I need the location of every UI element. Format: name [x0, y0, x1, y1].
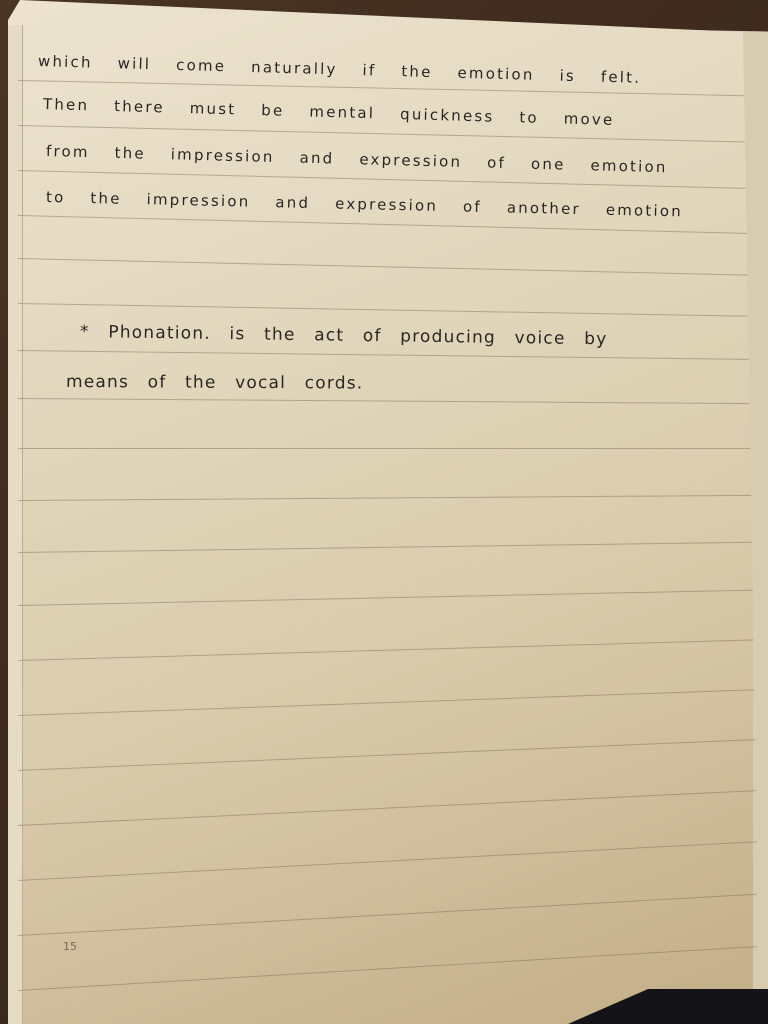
ruled-line [18, 258, 758, 276]
text-line: Then there must be mental quickness to m… [43, 95, 615, 129]
page-number: 15 [63, 940, 77, 953]
note-line: means of the vocal cords. [66, 372, 364, 394]
note-line: Phonation. is the act of producing voice… [108, 322, 607, 349]
ruled-line [18, 639, 758, 661]
ruled-line [18, 542, 758, 553]
ruled-line [18, 841, 757, 881]
ruled-line [18, 689, 758, 716]
ruled-line [18, 946, 757, 991]
notebook-page: which will come naturally if the emotion… [8, 0, 753, 1024]
ruled-line [18, 80, 758, 96]
definition-note: * Phonation. is the act of producing voi… [80, 322, 608, 349]
ruled-line [18, 350, 758, 360]
ruled-line [18, 398, 758, 404]
ruled-line [18, 495, 758, 501]
ruled-line [18, 303, 758, 317]
ruled-line [18, 739, 757, 771]
ruled-line [18, 894, 757, 936]
binding-margin [8, 25, 23, 1024]
asterisk-bullet-icon: * [80, 322, 90, 342]
text-line: to the impression and expression of anot… [46, 188, 683, 220]
ruled-line [18, 590, 758, 606]
ruled-line [18, 790, 757, 826]
ruled-line [18, 448, 758, 449]
text-line: from the impression and expression of on… [46, 142, 668, 176]
ruled-line [18, 125, 758, 143]
